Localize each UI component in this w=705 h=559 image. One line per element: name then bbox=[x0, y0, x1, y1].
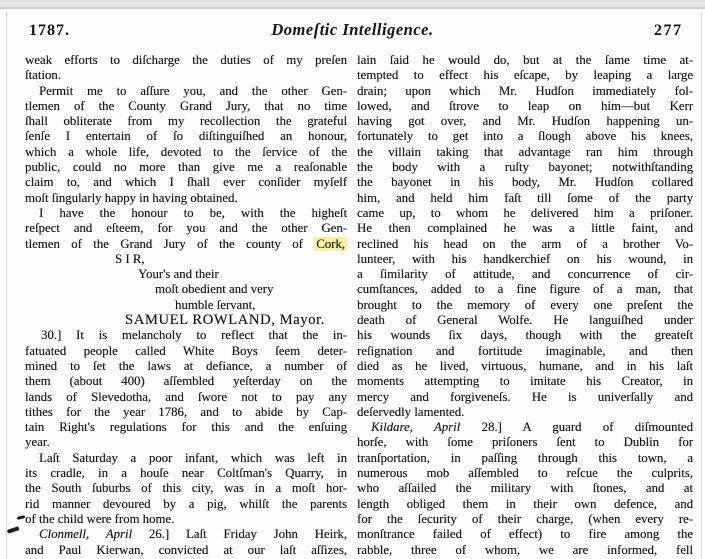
text-line: ſenſe I entertain of ſo diſtinguiſhed an… bbox=[25, 129, 347, 144]
text-segment: who aſſailed the military with ſtones, a… bbox=[357, 481, 693, 495]
text-segment: 30.] It is melancholy to reflect that th… bbox=[41, 328, 347, 342]
text-segment: tithes for the year 1786, and to abide b… bbox=[25, 405, 347, 419]
text-line: I have the honour to be, with the higheſ… bbox=[25, 206, 347, 221]
text-line: having got over, and Mr. Hudſon happenin… bbox=[357, 114, 693, 129]
text-line: tithes for the year 1786, and to abide b… bbox=[25, 405, 347, 420]
text-segment: its cradle, in a houſe near Coltſman's Q… bbox=[25, 466, 347, 480]
text-segment: death of General Wolfe. He languiſhed un… bbox=[357, 313, 693, 327]
text-line: the body with a ruſty bayonet; notwithſt… bbox=[357, 160, 693, 175]
text-segment: a ſimilarity of attitude, and concurrenc… bbox=[357, 267, 693, 281]
text-line: moſt ſingularly happy in having obtained… bbox=[25, 191, 347, 206]
text-segment: came up, to whom he delivered him a priſ… bbox=[357, 206, 693, 220]
text-segment: rabble, three of whom, we are informed, … bbox=[357, 543, 693, 557]
text-line: of the child were from home. bbox=[25, 512, 347, 527]
text-segment: Permit me to aſſure you, and the other G… bbox=[39, 84, 347, 98]
scan-artifact-mark bbox=[7, 526, 19, 533]
text-segment: tranſportation, in paſſing through this … bbox=[357, 451, 693, 465]
text-line: drain; upon which Mr. Hudſon immediately… bbox=[357, 84, 693, 99]
text-segment: brought to the memory of every one preſe… bbox=[357, 298, 693, 312]
text-segment: horſe, with ſome priſoners ſent to Dubli… bbox=[357, 435, 693, 449]
text-segment: cumſtances, added to a fine figure of a … bbox=[357, 282, 693, 296]
text-segment: numerous mob aſſembled to reſcue the cul… bbox=[357, 466, 693, 480]
text-line: his wounds ſix days, though with the gre… bbox=[357, 328, 693, 343]
running-header: 1787. Domeſtic Intelligence. 277 bbox=[0, 20, 705, 44]
text-line: tlemen of the Grand Jury of the county o… bbox=[25, 237, 347, 252]
text-segment: claim to, and which I ſhall ever conſide… bbox=[25, 175, 347, 189]
text-line: 30.] It is melancholy to reflect that th… bbox=[25, 328, 347, 343]
text-line: Laſt Saturday a poor infant, which was l… bbox=[25, 451, 347, 466]
text-line: Kildare, April 28.] A guard of diſmounte… bbox=[357, 420, 693, 435]
text-segment: ſhall obliterate from my recollection th… bbox=[25, 114, 347, 128]
text-line: moments attempting to imitate his Creato… bbox=[357, 374, 693, 389]
text-segment: public, could no more than give me a rea… bbox=[25, 160, 347, 174]
text-line: died as he lived, virtuous, humane, and … bbox=[357, 359, 693, 374]
text-line: fortunately to get into a ſlough above h… bbox=[357, 129, 693, 144]
text-segment: fortunately to get into a ſlough above h… bbox=[357, 129, 693, 143]
text-line: cumſtances, added to a fine figure of a … bbox=[357, 282, 693, 297]
text-line: lowed, and ſtrove to leap on him—but Ker… bbox=[357, 99, 693, 114]
text-line: him, and held him faſt till ſome of the … bbox=[357, 191, 693, 206]
text-segment: lain ſaid he would do, but at the ſame t… bbox=[357, 53, 693, 67]
text-segment: lands of Slevedotha, and ſwore not to pa… bbox=[25, 390, 347, 404]
text-segment: the bayonet in his body, Mr. Hudſon coll… bbox=[357, 175, 693, 189]
text-columns: weak efforts to diſcharge the duties of … bbox=[25, 53, 693, 559]
text-segment: which a whole life, devoted to the ſervi… bbox=[25, 145, 347, 159]
scan-artifact-mark bbox=[17, 515, 25, 520]
text-segment: deſervedly lamented. bbox=[357, 405, 464, 419]
text-line: lain ſaid he would do, but at the ſame t… bbox=[357, 53, 693, 68]
text-segment: reclined his head on the arm of a brothe… bbox=[357, 237, 693, 251]
text-segment: S I R, bbox=[115, 252, 145, 266]
text-line: fatuated people called White Boys ſeem d… bbox=[25, 344, 347, 359]
text-segment: monſtrance failed of effect) to fire amo… bbox=[357, 527, 693, 541]
text-line: ſhall obliterate from my recollection th… bbox=[25, 114, 347, 129]
text-line: the villain taking that advantage ran hi… bbox=[357, 145, 693, 160]
text-line: tempted to effect his eſcape, by leaping… bbox=[357, 68, 693, 83]
text-line: S I R, bbox=[25, 252, 347, 267]
text-segment: tlemen of the Grand Jury of the county o… bbox=[25, 237, 314, 251]
text-segment: I have the honour to be, with the higheſ… bbox=[39, 206, 347, 220]
text-line: tlemen of the County Grand Jury, that no… bbox=[25, 99, 347, 114]
text-line: weak efforts to diſcharge the duties of … bbox=[25, 53, 347, 68]
text-column-left: weak efforts to diſcharge the duties of … bbox=[25, 53, 347, 559]
text-line: a ſimilarity of attitude, and concurrenc… bbox=[357, 267, 693, 282]
text-segment: his wounds ſix days, though with the gre… bbox=[357, 328, 693, 342]
text-line: its cradle, in a houſe near Coltſman's Q… bbox=[25, 466, 347, 481]
text-line: the bayonet in his body, Mr. Hudſon coll… bbox=[357, 175, 693, 190]
text-line: tain Right's regulations for this and th… bbox=[25, 420, 347, 435]
text-segment: and Paul Kierwan, convicted at our laſt … bbox=[25, 543, 347, 557]
scanned-document-page: 1787. Domeſtic Intelligence. 277 weak ef… bbox=[0, 0, 705, 559]
text-line: lands of Slevedotha, and ſwore not to pa… bbox=[25, 390, 347, 405]
text-segment: SAMUEL ROWLAND, Mayor. bbox=[125, 312, 325, 328]
text-line: claim to, and which I ſhall ever conſide… bbox=[25, 175, 347, 190]
text-segment: drain; upon which Mr. Hudſon immediately… bbox=[357, 84, 693, 98]
text-line: reſpect and eſteem, for you and the othe… bbox=[25, 221, 347, 236]
text-segment: reſpect and eſteem, for you and the othe… bbox=[25, 221, 347, 235]
text-segment: length obliged them in their own defence… bbox=[357, 497, 693, 511]
text-line: mined to ſet the laws at defiance, a num… bbox=[25, 359, 347, 374]
text-segment: tain Right's regulations for this and th… bbox=[25, 420, 347, 434]
text-segment: him, and held him faſt till ſome of the … bbox=[357, 191, 693, 205]
text-line: mercy and forgiveneſs. He is univerſally… bbox=[357, 390, 693, 405]
text-segment: having got over, and Mr. Hudſon happenin… bbox=[357, 114, 693, 128]
text-line: death of General Wolfe. He languiſhed un… bbox=[357, 313, 693, 328]
text-line: and Paul Kierwan, convicted at our laſt … bbox=[25, 543, 347, 558]
text-segment: 28.] A guard of diſmounted bbox=[460, 420, 693, 434]
text-line: humble ſervant, bbox=[25, 298, 347, 313]
text-line: the South ſuburbs of this city, was in a… bbox=[25, 481, 347, 496]
text-line: Permit me to aſſure you, and the other G… bbox=[25, 84, 347, 99]
page-number: 277 bbox=[654, 22, 683, 40]
text-segment: Clonmell, April bbox=[39, 527, 132, 541]
text-line: numerous mob aſſembled to reſcue the cul… bbox=[357, 466, 693, 481]
text-segment: tlemen of the County Grand Jury, that no… bbox=[25, 99, 347, 113]
text-segment: moſt ſingularly happy in having obtained… bbox=[25, 191, 238, 205]
header-year: 1787. bbox=[29, 22, 70, 40]
text-line: rid manner devoured by a pig, whilſt the… bbox=[25, 497, 347, 512]
text-line: ſtation. bbox=[25, 68, 347, 83]
text-segment: the body with a ruſty bayonet; notwithſt… bbox=[357, 160, 693, 174]
highlighted-text: Cork, bbox=[314, 237, 347, 251]
text-line: public, could no more than give me a rea… bbox=[25, 160, 347, 175]
text-segment: Your's and their bbox=[138, 267, 219, 281]
text-line: length obliged them in their own defence… bbox=[357, 497, 693, 512]
text-line: Clonmell, April 26.] Laſt Friday John He… bbox=[25, 527, 347, 542]
text-segment: year. bbox=[25, 435, 50, 449]
text-line: deſervedly lamented. bbox=[357, 405, 693, 420]
text-segment: the villain taking that advantage ran hi… bbox=[357, 145, 693, 159]
text-line: year. bbox=[25, 435, 347, 450]
text-segment: reſignation and fortitude imaginable, an… bbox=[357, 344, 693, 358]
text-segment: Kildare, April bbox=[371, 420, 460, 434]
text-segment: ſtation. bbox=[25, 68, 61, 82]
text-column-right: lain ſaid he would do, but at the ſame t… bbox=[357, 53, 693, 559]
text-segment: moments attempting to imitate his Creato… bbox=[357, 374, 693, 388]
text-line: who aſſailed the military with ſtones, a… bbox=[357, 481, 693, 496]
text-line: brought to the memory of every one preſe… bbox=[357, 298, 693, 313]
page-right-edge-line bbox=[701, 11, 702, 559]
text-segment: weak efforts to diſcharge the duties of … bbox=[25, 53, 347, 67]
page-left-edge-line bbox=[6, 11, 7, 559]
text-line: reſignation and fortitude imaginable, an… bbox=[357, 344, 693, 359]
text-line: came up, to whom he delivered him a priſ… bbox=[357, 206, 693, 221]
scan-top-strip bbox=[0, 0, 705, 9]
text-segment: mined to ſet the laws at defiance, a num… bbox=[25, 359, 347, 373]
text-line: moſt obedient and very bbox=[25, 282, 347, 297]
text-segment: mercy and forgiveneſs. He is univerſally… bbox=[357, 390, 693, 404]
text-segment: of the child were from home. bbox=[25, 512, 174, 526]
text-line: horſe, with ſome priſoners ſent to Dubli… bbox=[357, 435, 693, 450]
text-segment: them (about 400) aſſembled yeſterday on … bbox=[25, 374, 347, 388]
text-line: reclined his head on the arm of a brothe… bbox=[357, 237, 693, 252]
text-line: rabble, three of whom, we are informed, … bbox=[357, 543, 693, 558]
page-title: Domeſtic Intelligence. bbox=[271, 20, 433, 40]
text-segment: moſt obedient and very bbox=[155, 282, 273, 296]
text-segment: He then complained he was a little faint… bbox=[357, 221, 693, 235]
text-segment: ſenſe I entertain of ſo diſtinguiſhed an… bbox=[25, 129, 347, 143]
text-line: which a whole life, devoted to the ſervi… bbox=[25, 145, 347, 160]
text-line: lunteer, with his handkerchief on his wo… bbox=[357, 252, 693, 267]
text-line: He then complained he was a little faint… bbox=[357, 221, 693, 236]
text-line: tranſportation, in paſſing through this … bbox=[357, 451, 693, 466]
text-line: SAMUEL ROWLAND, Mayor. bbox=[25, 313, 347, 328]
text-segment: died as he lived, virtuous, humane, and … bbox=[357, 359, 693, 373]
text-segment: tempted to effect his eſcape, by leaping… bbox=[357, 68, 693, 82]
text-segment: Laſt Saturday a poor infant, which was l… bbox=[39, 451, 347, 465]
text-line: monſtrance failed of effect) to fire amo… bbox=[357, 527, 693, 542]
text-segment: lowed, and ſtrove to leap on him—but Ker… bbox=[357, 99, 693, 113]
text-line: for the ſecurity of their charge, (when … bbox=[357, 512, 693, 527]
text-segment: humble ſervant, bbox=[175, 298, 255, 312]
text-segment: lunteer, with his handkerchief on his wo… bbox=[357, 252, 693, 266]
text-segment: the South ſuburbs of this city, was in a… bbox=[25, 481, 347, 495]
text-line: Your's and their bbox=[25, 267, 347, 282]
text-segment: for the ſecurity of their charge, (when … bbox=[357, 512, 693, 526]
text-line: them (about 400) aſſembled yeſterday on … bbox=[25, 374, 347, 389]
text-segment: fatuated people called White Boys ſeem d… bbox=[25, 344, 347, 358]
text-segment: rid manner devoured by a pig, whilſt the… bbox=[25, 497, 347, 511]
text-segment: 26.] Laſt Friday John Heirk, bbox=[132, 527, 347, 541]
